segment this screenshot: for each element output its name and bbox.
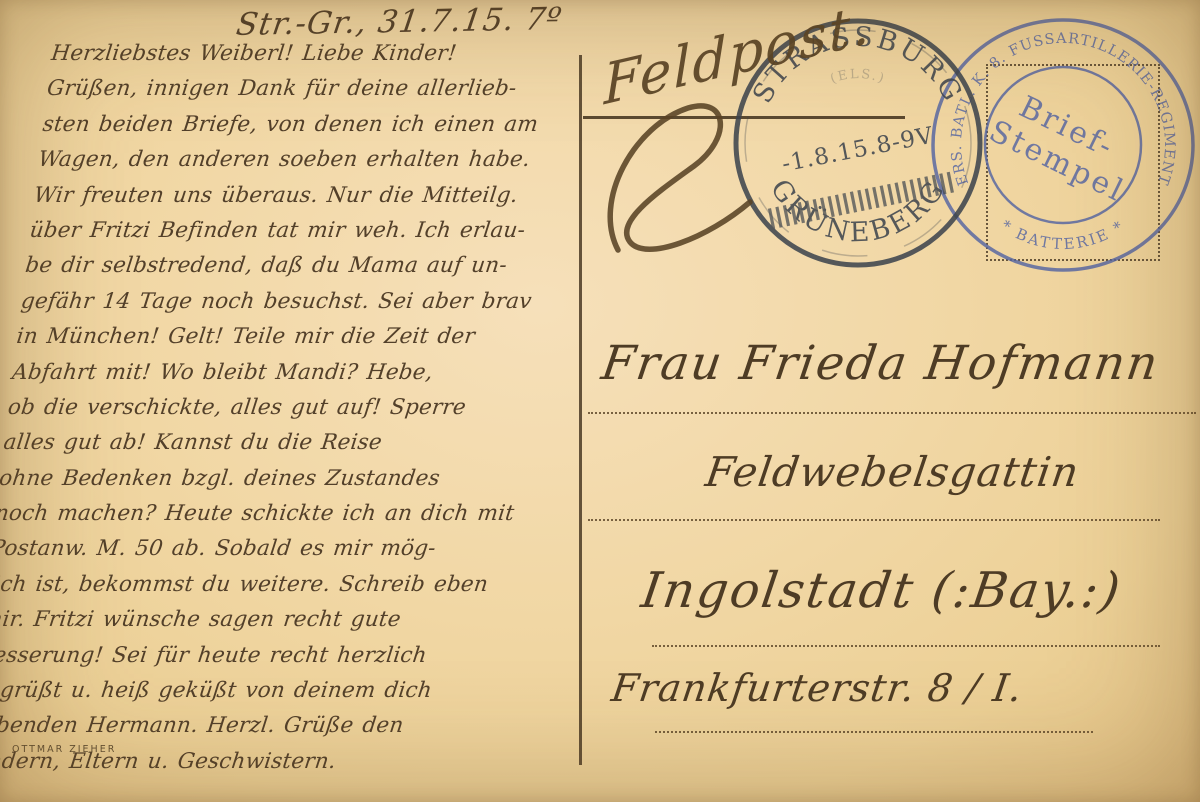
message-line: Wir freuten uns überaus. Nur die Mitteil… — [32, 178, 610, 213]
postmark-small-text: (ELS.) — [828, 67, 887, 87]
address-dotted-line-2 — [588, 519, 1160, 521]
message-line: Besserung! Sei für heute recht herzlich — [0, 638, 554, 673]
message-line: in München! Gelt! Teile mir die Zeit der — [15, 319, 593, 354]
message-line: über Fritzi Befinden tat mir weh. Ich er… — [28, 213, 606, 248]
message-body: Herzliebstes Weiberl! Liebe Kinder! Grüß… — [0, 36, 628, 779]
message-line: be dir selbstredend, daß du Mama auf un- — [23, 248, 601, 283]
message-line: liebenden Hermann. Herzl. Grüße den — [0, 708, 545, 743]
address-dotted-line-1 — [588, 412, 1196, 414]
message-line: sten beiden Briefe, von denen ich einen … — [41, 107, 619, 142]
message-line: Wagen, den anderen soeben erhalten habe. — [36, 142, 614, 177]
postmark-date: -1.8.15.8-9V — [780, 123, 936, 178]
message-line: ob die verschickte, alles gut auf! Sperr… — [6, 390, 584, 425]
stamp-center-text: Brief- Stempel — [984, 82, 1146, 209]
message-line: Abfahrt mit! Wo bleibt Mandi? Hebe, — [10, 355, 588, 390]
message-line: Kindern, Eltern u. Geschwistern. — [0, 744, 541, 779]
message-line: Grüßen, innigen Dank für deine allerlieb… — [45, 71, 623, 106]
handwriting-flourish — [580, 90, 790, 260]
address-dotted-line-3 — [652, 645, 1160, 647]
message-line: Postanw. M. 50 ab. Sobald es mir mög- — [0, 531, 567, 566]
address-dotted-line-4 — [655, 731, 1093, 733]
address-recipient-title: Feldwebelsgattin — [703, 448, 1083, 496]
message-line: mir. Fritzi wünsche sagen recht gute — [0, 602, 558, 637]
message-line: lich ist, bekommst du weitere. Schreib e… — [0, 567, 562, 602]
postcard-scan: OTTMAR ZIEHER ERS. BATL. K. 8. FUSSARTIL… — [0, 0, 1200, 802]
address-street: Frankfurterstr. 8 / I. — [609, 666, 1026, 710]
message-line: gegrüßt u. heiß geküßt von deinem dich — [0, 673, 549, 708]
address-recipient-name: Frau Frieda Hofmann — [598, 336, 1163, 391]
message-line: alles gut ab! Kannst du die Reise — [1, 425, 579, 460]
message-line: noch machen? Heute schickte ich an dich … — [0, 496, 571, 531]
message-line: ohne Bedenken bzgl. deines Zustandes — [0, 461, 575, 496]
message-line: gefähr 14 Tage noch besuchst. Sei aber b… — [19, 284, 597, 319]
address-city: Ingolstadt (:Bay.:) — [638, 562, 1125, 619]
message-line: Herzliebstes Weiberl! Liebe Kinder! — [49, 36, 627, 71]
